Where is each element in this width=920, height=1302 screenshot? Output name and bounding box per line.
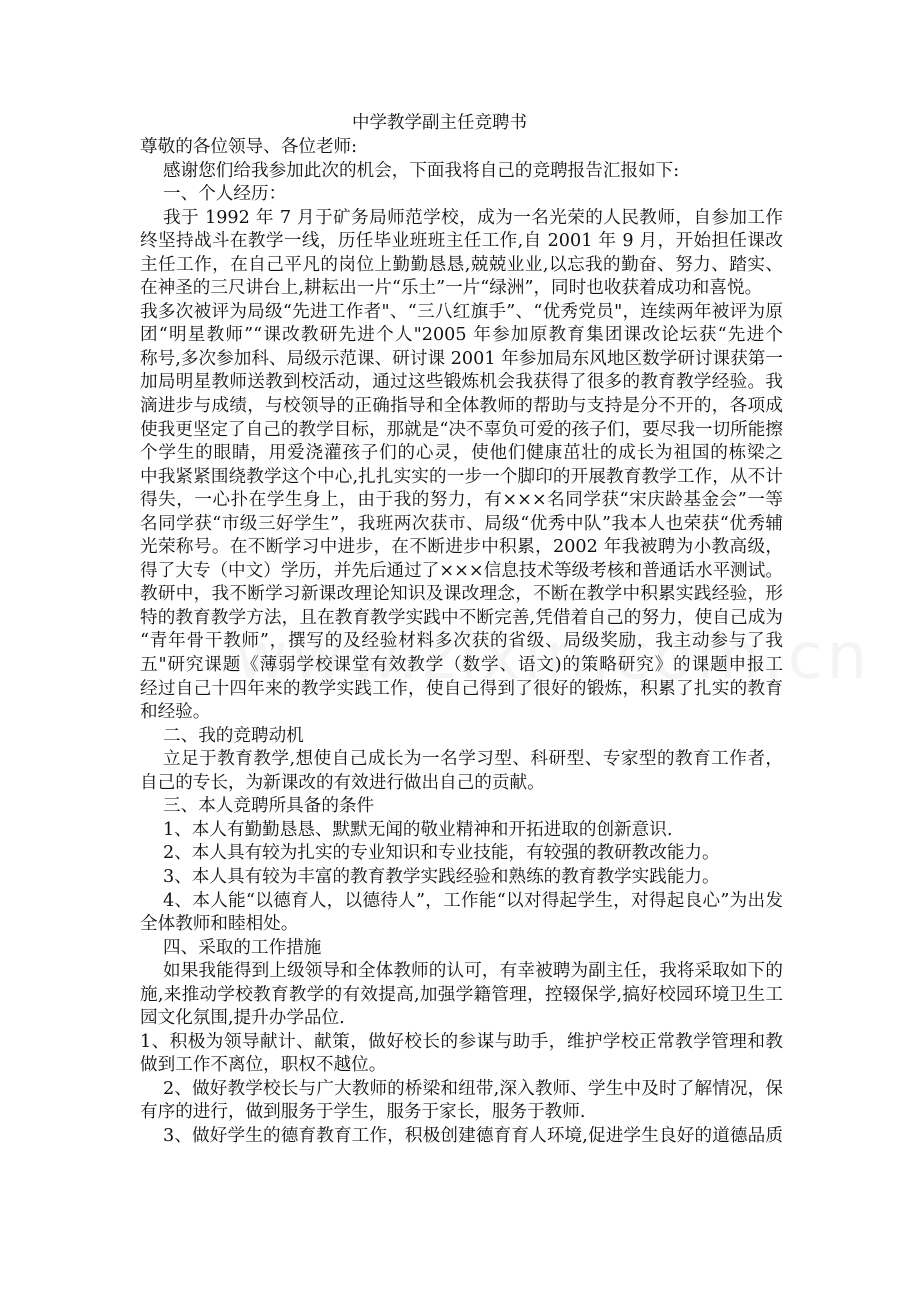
text-line: 滴进步与成绩，与校领导的正确指导和全体教师的帮助与支持是分不开的，各项成绩的取得 — [140, 395, 783, 419]
text-line: 团“明星教师”“课改教研先进个人"2005 年参加原教育集团课改论坛获“先进个人… — [140, 324, 783, 348]
text-line: 个学生的眼睛，用爱浇灌孩子们的心灵，使他们健康茁壮的成长为祖国的栋梁之才"在工作 — [140, 442, 783, 466]
text-line: 和经验。 — [140, 701, 783, 725]
text-line: 四、采取的工作措施 — [140, 937, 783, 961]
text-line: 主任工作，在自己平凡的岗位上勤勤恳恳,兢兢业业,以忘我的勤奋、努力、踏实、奉献精… — [140, 254, 783, 278]
text-line: 尊敬的各位领导、各位老师: — [140, 136, 783, 160]
text-line: 在神圣的三尺讲台上,耕耘出一片“乐土”一片“绿洲”，同时也收获着成功和喜悦。 — [140, 277, 783, 301]
text-line: 2、做好教学校长与广大教师的桥梁和纽带,深入教师、学生中及时了解情况，保证教学 — [140, 1078, 783, 1102]
text-line: 感谢您们给我参加此次的机会，下面我将自己的竞聘报告汇报如下: — [140, 160, 783, 184]
text-line: 称号,多次参加科、局级示范课、研讨课 2001 年参加局东风地区数学研讨课获第一… — [140, 348, 783, 372]
text-line: 自己的专长，为新课改的有效进行做出自己的贡献。 — [140, 772, 783, 796]
text-line: 中我紧紧围绕教学这个中心,扎扎实实的一步一个脚印的开展教育教学工作，从不计较个人 — [140, 466, 783, 490]
text-line: 如果我能得到上级领导和全体教师的认可，有幸被聘为副主任，我将采取如下的工作措 — [140, 960, 783, 984]
text-line: 一、个人经历： — [140, 183, 783, 207]
text-line: 3、做好学生的德育教育工作，积极创建德育育人环境,促进学生良好的道德品质和养成 — [140, 1125, 783, 1149]
text-line: “青年骨干教师”，撰写的及经验材料多次获的省级、局级奖励，我主动参与了我校“十一 — [140, 630, 783, 654]
document-title: 中学教学副主任竞聘书 — [352, 112, 527, 134]
text-line: 施,来推动学校教育教学的有效提高,加强学籍管理，控辍保学,搞好校园环境卫生工作,… — [140, 984, 783, 1008]
document-page: www.zixin.com.cn 中学教学副主任竞聘书 尊敬的各位领导、各位老师… — [0, 0, 920, 1302]
text-line: 经过自己十四年来的教学实践工作，使自己得到了很好的锻炼，积累了扎实的教育教学功底 — [140, 678, 783, 702]
text-line: 有序的进行，做到服务于学生，服务于家长，服务于教师. — [140, 1101, 783, 1125]
text-line: 立足于教育教学,想使自己成长为一名学习型、科研型、专家型的教育工作者，充分发挥 — [140, 748, 783, 772]
text-line: 加局明星教师送教到校活动，通过这些锻炼机会我获得了很多的教育教学经验。我的每一点 — [140, 371, 783, 395]
text-line: 4、本人能“以德育人，以德待人”，工作能“以对得起学生，对得起良心”为出发点,与 — [140, 890, 783, 914]
text-line: 3、本人具有较为丰富的教育教学实践经验和熟练的教育教学实践能力。 — [140, 866, 783, 890]
text-line: 三、本人竞聘所具备的条件 — [140, 795, 783, 819]
text-line: 得失，一心扑在学生身上，由于我的努力，有×××名同学获“宋庆龄基金会”一等奖,×… — [140, 489, 783, 513]
text-line: 我于 1992 年 7 月于矿务局师范学校，成为一名光荣的人民教师，自参加工作以… — [140, 207, 783, 231]
text-line: 1、积极为领导献计、献策，做好校长的参谋与助手，维护学校正常教学管理和教学秩序， — [140, 1031, 783, 1055]
text-line: 终坚持战斗在教学一线，历任毕业班班主任工作,自 2001 年 9 月，开始担任课… — [140, 230, 783, 254]
text-line: 特的教育教学方法，且在教育教学实践中不断完善,凭借着自己的努力，使自己成为学校的 — [140, 607, 783, 631]
text-line: 全体教师和睦相处。 — [140, 913, 783, 937]
document-body: 尊敬的各位领导、各位老师:感谢您们给我参加此次的机会，下面我将自己的竞聘报告汇报… — [140, 136, 783, 1149]
text-line: 得了大专（中文）学历，并先后通过了×××信息技术等级考核和普通话水平测试。在课改 — [140, 560, 783, 584]
text-line: 园文化氛围,提升办学品位. — [140, 1007, 783, 1031]
text-line: 二、我的竞聘动机 — [140, 725, 783, 749]
text-line: 做到工作不离位，职权不越位。 — [140, 1054, 783, 1078]
text-line: 1、本人有勤勤恳恳、默默无闻的敬业精神和开拓进取的创新意识. — [140, 819, 783, 843]
text-line: 使我更坚定了自己的教学目标，那就是“决不辜负可爱的孩子们，要尽我一切所能擦亮每一 — [140, 419, 783, 443]
text-line: 光荣称号。在不断学习中进步，在不断进步中积累，2002 年我被聘为小教高级，20… — [140, 536, 783, 560]
text-line: 我多次被评为局级“先进工作者"、“三八红旗手”、“优秀党员"，连续两年被评为原教… — [140, 301, 783, 325]
text-line: 五"研究课题《薄弱学校课堂有效教学（数学、语文)的策略研究》的课题申报工作，总之… — [140, 654, 783, 678]
text-line: 教研中，我不断学习新课改理论知识及课改理念，不断在教学中积累实践经验，形成自己独 — [140, 583, 783, 607]
text-line: 名同学获“市级三好学生”，我班两次获市、局级“优秀中队”我本人也荣获“优秀辅导员… — [140, 513, 783, 537]
text-line: 2、本人具有较为扎实的专业知识和专业技能，有较强的教研教改能力。 — [140, 842, 783, 866]
